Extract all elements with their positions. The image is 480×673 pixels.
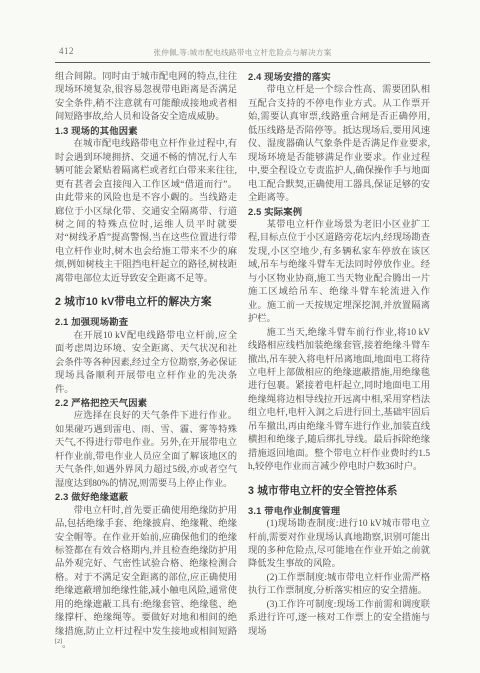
citation-ref-2: [2] — [55, 639, 62, 645]
paragraph-permit-system: (3)工作许可制度:现场工作前需和调度联系进行许可,逐一核对工作票上的安全措施与… — [248, 599, 430, 639]
paragraph-insulation-text: 带电立杆时,首先要正确使用绝缘防护用品,包括绝缘手套、绝缘披肩、绝缘靴、绝缘安全… — [55, 506, 237, 637]
subheading-2-5: 2.5 实际案例 — [248, 206, 430, 219]
subheading-3-1: 3.1 带电作业制度管理 — [248, 505, 430, 518]
subheading-2-4: 2.4 现场安措的落实 — [248, 71, 430, 84]
paragraph-site-survey: 在开展10 kV配电线路带电立杆前,应全面考虑周边环境、安全距离、天气状况和社会… — [55, 330, 237, 397]
paragraph-case-study-1: 某带电立杆作业场景为老旧小区业扩工程,目标点位于小区道路旁花坛内,经现场勘查发现… — [248, 219, 430, 327]
section-heading-2: 2 城市10 kV带电立杆的解决方案 — [55, 295, 237, 309]
paragraph-survey-system: (1)现场勘查制度:进行10 kV城市带电立杆前,需要对作业现场认真地勘察,识别… — [248, 518, 430, 572]
paragraph-other-site-factors: 在城市配电线路带电立杆作业过程中,有时会遇到环境拥挤、交通不畅的情况,行人车辆可… — [55, 138, 237, 286]
subheading-2-3: 2.3 做好绝缘遮蔽 — [55, 491, 237, 504]
running-head: 412 张仲佩,等:城市配电线路带电立杆危险点与解决方案 — [55, 44, 430, 60]
paragraph-insulation-shielding: 带电立杆时,首先要正确使用绝缘防护用品,包括绝缘手套、绝缘披肩、绝缘靴、绝缘安全… — [55, 505, 237, 653]
paragraph-insulation-period: 。 — [62, 640, 71, 650]
scanned-paper-page: 412 张仲佩,等:城市配电线路带电立杆危险点与解决方案 组合间隙。同时由于城市… — [0, 0, 480, 673]
paragraph-ticket-system: (2)工作票制度:城市带电立杆作业需严格执行工作票制度,分析落实相应的安全措施。 — [248, 572, 430, 599]
page-content: 412 张仲佩,等:城市配电线路带电立杆危险点与解决方案 组合间隙。同时由于城市… — [55, 44, 430, 653]
running-title: 张仲佩,等:城市配电线路带电立杆危险点与解决方案 — [55, 47, 430, 58]
right-column: 2.4 现场安措的落实 带电立杆是一个综合性高、需要团队相互配合支持的不停电作业… — [248, 71, 430, 653]
left-column: 组合间隙。同时由于城市配电网的特点,往往现场环境复杂,很容易忽视带电距离是否满足… — [55, 71, 237, 653]
paragraph-case-study-2: 施工当天,绝缘斗臂车前行作业,将10 kV线路相应线档加装绝缘套管,接着绝缘斗臂… — [248, 327, 430, 475]
paragraph-site-safety-measures: 带电立杆是一个综合性高、需要团队相互配合支持的不停电作业方式。从工作票开始,需要… — [248, 84, 430, 205]
two-column-body: 组合间隙。同时由于城市配电网的特点,往往现场环境复杂,很容易忽视带电距离是否满足… — [55, 71, 430, 653]
subheading-2-2: 2.2 严格把控天气因素 — [55, 397, 237, 410]
header-rule — [55, 62, 430, 63]
paragraph-continuation: 组合间隙。同时由于城市配电网的特点,往往现场环境复杂,很容易忽视带电距离是否满足… — [55, 71, 237, 125]
section-heading-3: 3 城市带电立杆的安全管控体系 — [248, 484, 430, 498]
subheading-2-1: 2.1 加强现场勘查 — [55, 316, 237, 329]
paragraph-weather-control: 应选择在良好的天气条件下进行作业。如果碰巧遇到雷电、雨、雪、霾、雾等特殊天气,不… — [55, 410, 237, 491]
subheading-1-3: 1.3 现场的其他因素 — [55, 125, 237, 138]
